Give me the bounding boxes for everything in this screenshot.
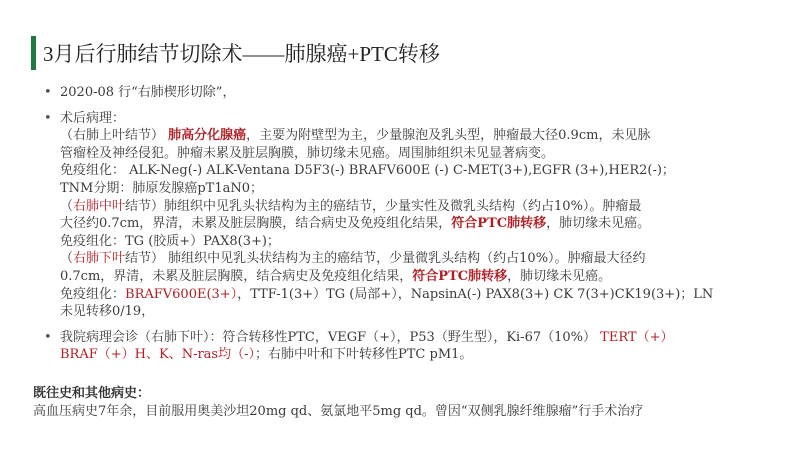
text-segment: 免疫组化： (60, 287, 125, 302)
text-line: BRAF（+）H、K、N-ras均（-）；右肺中叶和下叶转移性PTC pM1。 (60, 346, 764, 364)
text-line: （右肺中叶结节）肺组织中见乳头状结构为主的癌结节，少量实性及微乳头结构（约占10… (60, 198, 764, 216)
text-segment: TNM分期：肺原发腺癌pT1aN0； (60, 181, 263, 196)
text-segment: 管瘤栓及神经侵犯。肿瘤未累及脏层胸膜，肺切缘未见癌。周围肺组织未见显著病变。 (60, 146, 554, 161)
text-segment: ，主要为附壁型为主，少量腺泡及乳头型，肿瘤最大径0.9cm，未见脉 (246, 128, 650, 143)
text-segment: 大径约0.7cm，界清，未累及脏层胸膜，结合病史及免疫组化结果， (60, 216, 451, 231)
slide-title: 3月后行肺结节切除术——肺腺癌+PTC转移 (43, 38, 440, 68)
highlighted-text: 肺高分化腺癌 (168, 128, 246, 143)
text-line: 我院病理会诊（右肺下叶）：符合转移性PTC，VEGF（+），P53（野生型），K… (60, 329, 764, 347)
text-segment: 免疫组化：TG (胶质+）PAX8(3+)； (60, 234, 280, 249)
text-segment: 0.7cm，界清，未累及脏层胸膜，结合病史及免疫组化结果， (60, 269, 412, 284)
text-segment: 结节） 肺组织中见乳头状结构为主的癌结节，少量微乳头结构（约占10%）。肿瘤最大… (125, 251, 646, 266)
text-line: 术后病理： (60, 110, 764, 128)
history-body: 高血压病史7年余，目前服用奥美沙坦20mg qd、氨氯地平5mg qd。曾因“双… (33, 400, 643, 419)
bullet-item: •我院病理会诊（右肺下叶）：符合转移性PTC，VEGF（+），P53（野生型），… (44, 329, 764, 364)
text-line: 0.7cm，界清，未累及脏层胸膜，结合病史及免疫组化结果，符合PTC肺转移，肺切… (60, 268, 764, 286)
highlighted-text: 符合PTC肺转移 (412, 269, 507, 284)
bullet-dot-icon: • (44, 329, 52, 347)
text-segment: ，TTF-1(3+）TG (局部+），NapsinA(-) PAX8(3+) C… (237, 287, 713, 302)
text-line: 免疫组化：BRAFV600E(3+），TTF-1(3+）TG (局部+），Nap… (60, 286, 764, 304)
text-line: 未见转移0/19， (60, 303, 764, 321)
text-line: 免疫组化：TG (胶质+）PAX8(3+)； (60, 233, 764, 251)
text-segment: 结节）肺组织中见乳头状结构为主的癌结节，少量实性及微乳头结构（约占10%）。肿瘤… (125, 199, 641, 214)
text-segment: 免疫组化： ALK-Neg(-) ALK-Ventana D5F3(-) BRA… (60, 163, 675, 178)
text-line: 免疫组化： ALK-Neg(-) ALK-Ventana D5F3(-) BRA… (60, 162, 764, 180)
text-segment: （右肺上叶结节） (60, 128, 168, 143)
title-accent-bar (31, 36, 36, 70)
highlighted-text: BRAF（+）H、K、N-ras均（-） (60, 347, 255, 362)
text-line: 大径约0.7cm，界清，未累及脏层胸膜，结合病史及免疫组化结果，符合PTC肺转移… (60, 215, 764, 233)
text-segment: ，肺切缘未见癌。 (507, 269, 611, 284)
highlighted-text: 右肺下叶 (73, 251, 125, 266)
text-segment: 2020-08 行“右肺楔形切除”， (60, 85, 235, 100)
bullet-item: •2020-08 行“右肺楔形切除”， (44, 84, 764, 102)
text-line: （右肺上叶结节） 肺高分化腺癌，主要为附壁型为主，少量腺泡及乳头型，肿瘤最大径0… (60, 127, 764, 145)
highlighted-text: 右肺中叶 (73, 199, 125, 214)
text-line: 2020-08 行“右肺楔形切除”， (60, 84, 764, 102)
text-segment: 术后病理： (60, 111, 125, 126)
text-segment: ，肺切缘未见癌。 (546, 216, 650, 231)
bullet-list: •2020-08 行“右肺楔形切除”，•术后病理：（右肺上叶结节） 肺高分化腺癌… (44, 84, 764, 372)
highlighted-text: TERT（+） (600, 330, 673, 345)
text-segment: ；右肺中叶和下叶转移性PTC pM1。 (255, 347, 472, 362)
text-segment: 未见转移0/19， (60, 304, 154, 319)
bullet-dot-icon: • (44, 84, 52, 102)
highlighted-text: 符合PTC肺转移 (451, 216, 546, 231)
text-segment: （ (60, 251, 73, 266)
text-segment: （ (60, 199, 73, 214)
history-heading: 既往史和其他病史： (33, 382, 150, 401)
text-line: TNM分期：肺原发腺癌pT1aN0； (60, 180, 764, 198)
text-segment: 我院病理会诊（右肺下叶）：符合转移性PTC，VEGF（+），P53（野生型），K… (60, 330, 600, 345)
bullet-item: •术后病理：（右肺上叶结节） 肺高分化腺癌，主要为附壁型为主，少量腺泡及乳头型，… (44, 110, 764, 321)
bullet-dot-icon: • (44, 110, 52, 128)
text-line: 管瘤栓及神经侵犯。肿瘤未累及脏层胸膜，肺切缘未见癌。周围肺组织未见显著病变。 (60, 145, 764, 163)
highlighted-text: BRAFV600E(3+） (125, 287, 237, 302)
text-line: （右肺下叶结节） 肺组织中见乳头状结构为主的癌结节，少量微乳头结构（约占10%）… (60, 250, 764, 268)
